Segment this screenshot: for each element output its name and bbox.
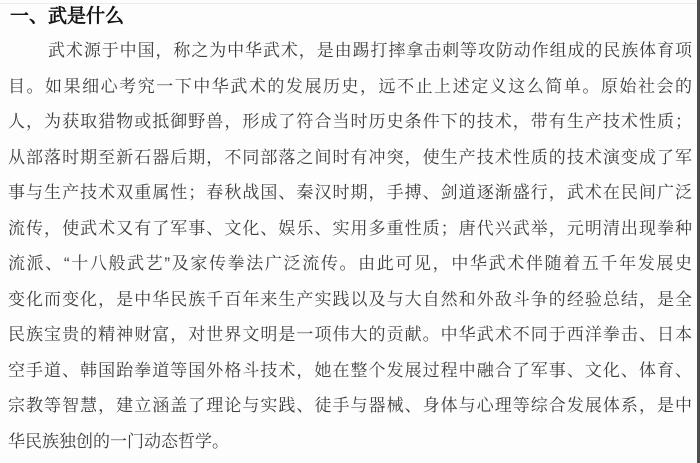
paragraph-line: 流派、“十八般武艺”及家传拳法广泛流传。由此可见，中华武术伴随着五千年发展史 <box>8 246 692 282</box>
section-heading: 一、武是什么 <box>10 6 124 28</box>
document-page: 一、武是什么 武术源于中国，称之为中华武术，是由踢打摔拿击刺等攻防动作组成的民族… <box>0 0 700 463</box>
top-edge-divider <box>0 3 700 4</box>
paragraph-line: 民族宝贵的精神财富，对世界文明是一项伟大的贡献。中华武术不同于西洋拳击、日本 <box>8 317 692 353</box>
paragraph-line: 事与生产技术双重属性；春秋战国、秦汉时期，手搏、剑道逐渐盛行，武术在民间广泛 <box>8 175 692 211</box>
paragraph-line: 空手道、韩国跆拳道等国外格斗技术，她在整个发展过程中融合了军事、文化、体育、 <box>8 353 692 389</box>
paragraph-line: 从部落时期至新石器后期，不同部落之间时有冲突，使生产技术性质的技术演变成了军 <box>8 140 692 176</box>
paragraph-line: 人，为获取猎物或抵御野兽，形成了符合当时历史条件下的技术，带有生产技术性质； <box>8 104 692 140</box>
body-paragraph: 武术源于中国，称之为中华武术，是由踢打摔拿击刺等攻防动作组成的民族体育项 目。如… <box>8 33 692 459</box>
paragraph-line: 变化而变化，是中华民族千百年来生产实践以及与大自然和外敌斗争的经验总结，是全 <box>8 282 692 318</box>
paragraph-line: 华民族独创的一门动态哲学。 <box>8 424 692 460</box>
paragraph-line: 武术源于中国，称之为中华武术，是由踢打摔拿击刺等攻防动作组成的民族体育项 <box>8 33 692 69</box>
paragraph-line: 目。如果细心考究一下中华武术的发展历史，远不止上述定义这么简单。原始社会的 <box>8 69 692 105</box>
paragraph-line: 流传，使武术又有了军事、文化、娱乐、实用多重性质；唐代兴武举，元明清出现拳种 <box>8 211 692 247</box>
paragraph-line: 宗教等智慧，建立涵盖了理论与实践、徒手与器械、身体与心理等综合发展体系，是中 <box>8 388 692 424</box>
